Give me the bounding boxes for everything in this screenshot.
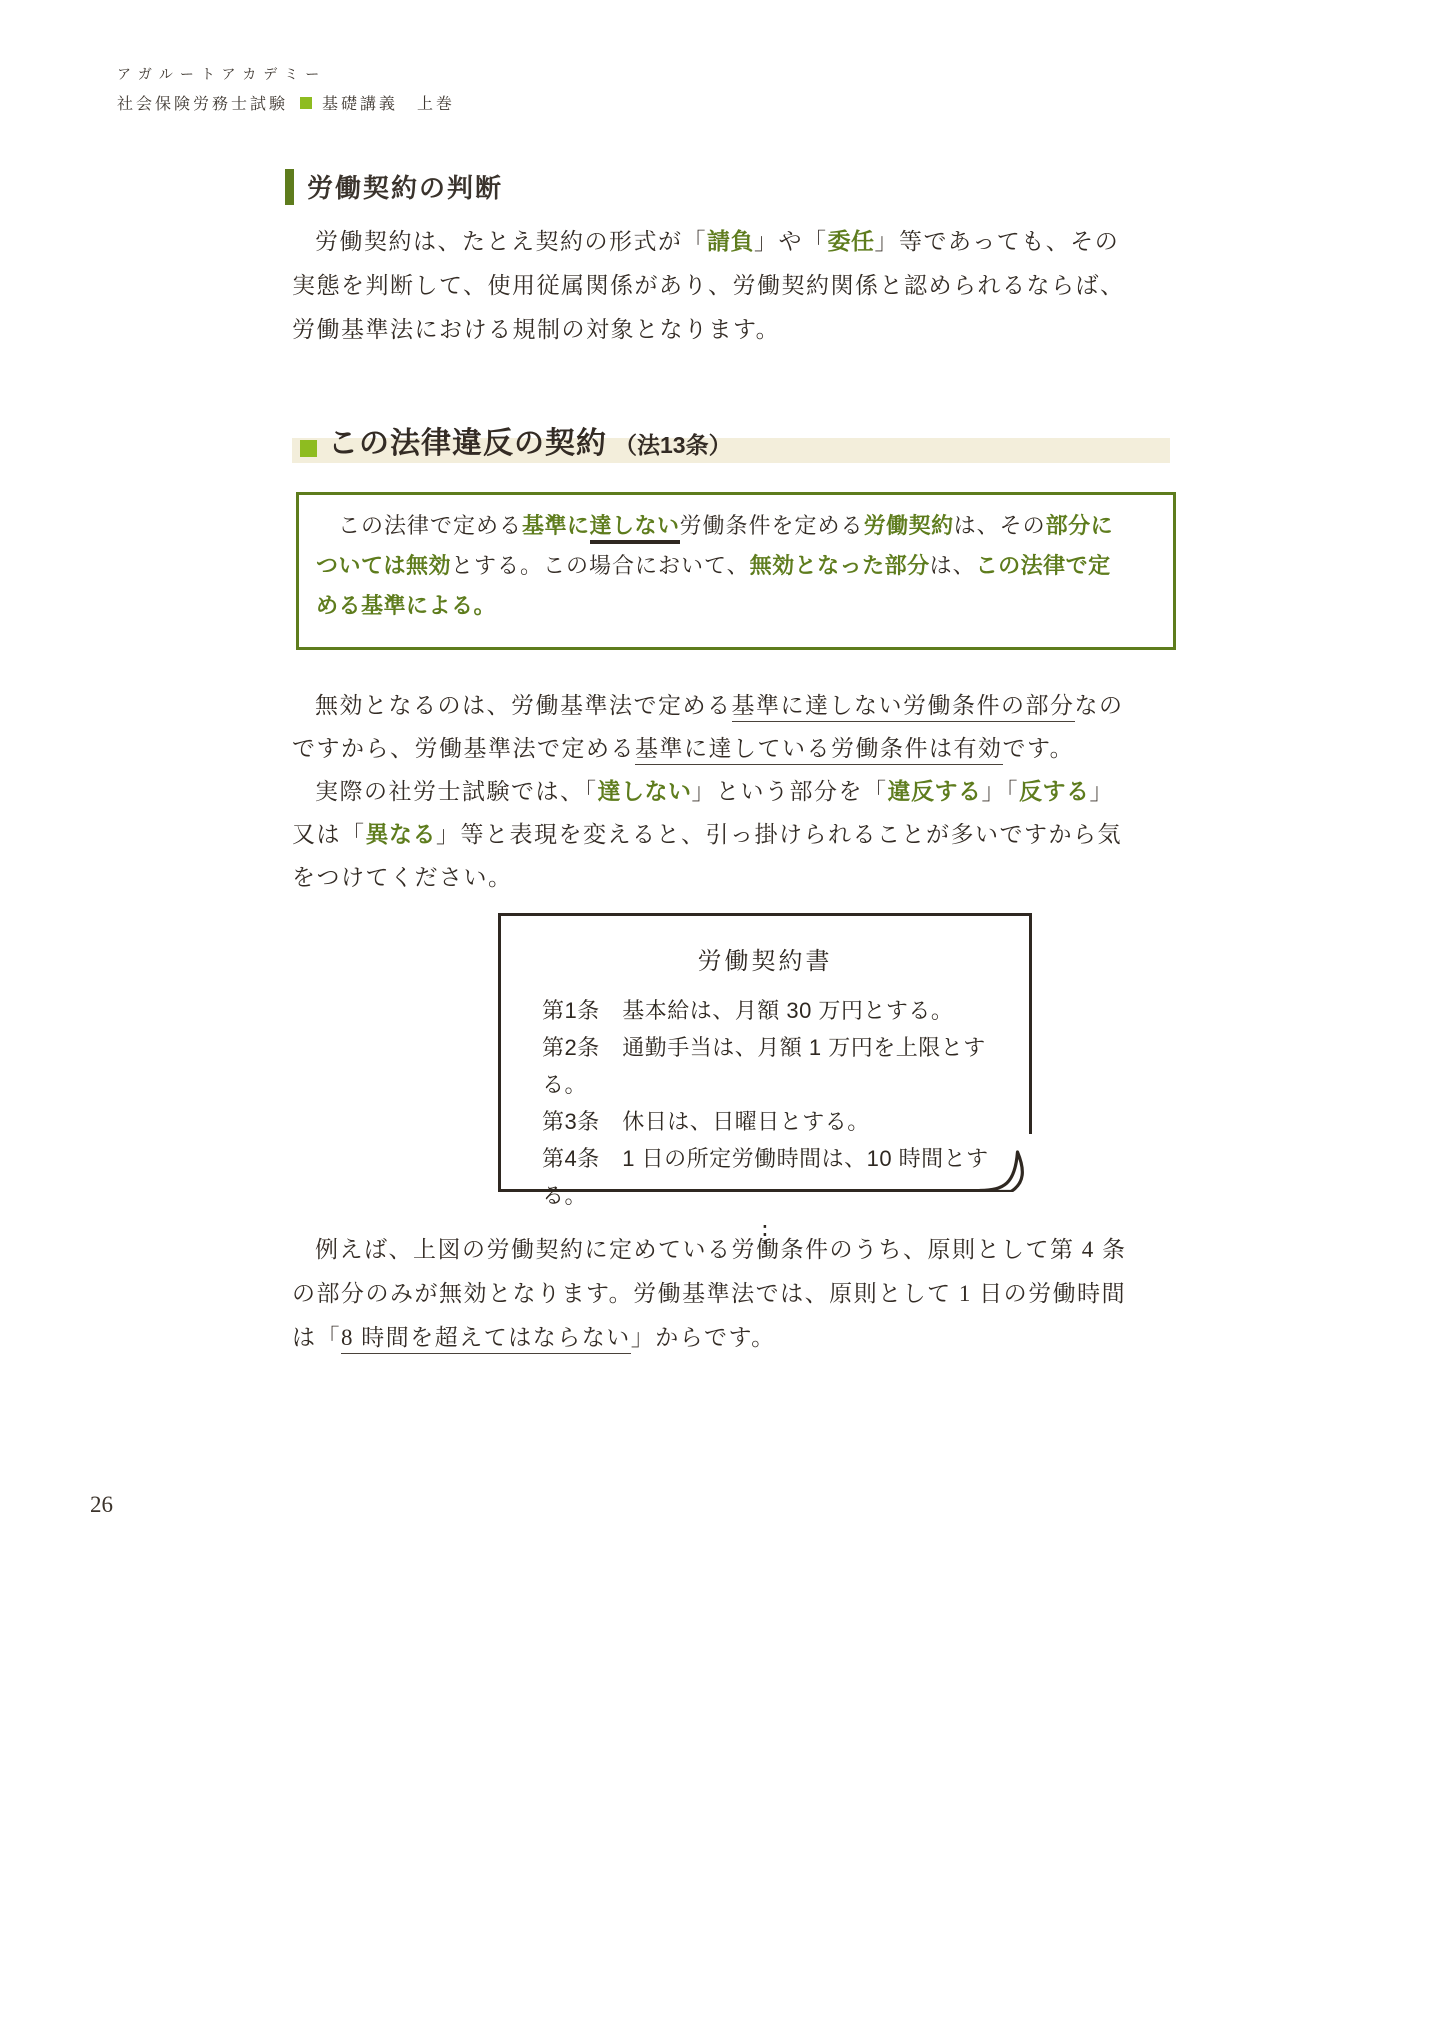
text-run: は「 [292, 1325, 341, 1350]
text-run: 」「 [982, 779, 1020, 804]
emphasis-green-underlined-text: 達しない [590, 513, 680, 544]
section-title: 労働契約の判断 [307, 168, 503, 205]
emphasis-green-text: 異なる [366, 821, 437, 847]
contract-clause: 第2条 通勤手当は、月額 1 万円を上限とする。 [542, 1029, 1029, 1103]
text-line: 例えば、上図の労働契約に定めている労働条件のうち、原則として第 4 条 [292, 1228, 1154, 1272]
green-square-icon [300, 97, 312, 109]
exam-title: 社会保険労務士試験 [117, 91, 288, 114]
emphasis-green-text: この法律で定 [976, 553, 1111, 578]
text-run: です。 [1003, 736, 1075, 761]
text-line: は「8 時間を超えてはならない」からです。 [292, 1316, 1154, 1360]
text-run: 労働契約は、たとえ契約の形式が「 [315, 229, 707, 254]
emphasis-green-text: 違反する [888, 778, 982, 804]
underlined-text: 基準に達している労働条件は有効 [635, 736, 1003, 765]
text-run: 」や「 [754, 229, 828, 254]
emphasis-green-text: 無効となった部分 [750, 553, 930, 578]
emphasis-green-text: 部分に [1046, 513, 1114, 538]
law-quote-box: この法律で定める基準に達しない労働条件を定める労働契約は、その部分については無効… [296, 492, 1176, 650]
text-run: この法律で定める [338, 513, 522, 538]
emphasis-green-text: 反する [1019, 778, 1090, 804]
emphasis-green-text: 基準に [522, 513, 590, 538]
text-run: 例えば、上図の労働契約に定めている労働条件のうち、原則として第 4 条 [315, 1237, 1127, 1262]
underlined-text: 8 時間を超えてはならない [341, 1325, 631, 1354]
text-run: 」という部分を「 [692, 779, 888, 804]
contract-clause: 第3条 休日は、日曜日とする。 [542, 1103, 1029, 1140]
brand-text: アガルートアカデミー [117, 64, 455, 84]
paragraph-contract-judgment: 労働契約は、たとえ契約の形式が「請負」や「委任」等であっても、その実態を判断して… [292, 219, 1154, 352]
text-line: をつけてください。 [292, 856, 1154, 899]
text-run: 実態を判断して、使用従属関係があり、労働契約関係と認められるならば、 [292, 273, 1125, 298]
text-run: 」 [1090, 779, 1115, 804]
section-title-bar-icon [285, 169, 294, 205]
contract-title: 労働契約書 [501, 941, 1029, 976]
page-number: 26 [90, 1492, 113, 1518]
text-line: 労働基準法における規制の対象となります。 [292, 308, 1154, 352]
course-title: 基礎講義 上巻 [322, 91, 455, 114]
contract-clause: 第1条 基本給は、月額 30 万円とする。 [542, 992, 1029, 1029]
text-line: この法律で定める基準に達しない労働条件を定める労働契約は、その部分に [316, 506, 1159, 546]
text-run: は、その [954, 513, 1046, 538]
text-line: 無効となるのは、労働基準法で定める基準に達しない労働条件の部分なの [292, 684, 1154, 727]
page-curl-icon [970, 1134, 1032, 1192]
section-title-block: 労働契約の判断 [285, 168, 503, 205]
textbook-page: アガルートアカデミー 社会保険労務士試験 基礎講義 上巻 労働契約の判断 労働契… [0, 0, 1434, 2024]
text-run: 」等であっても、その [875, 229, 1120, 254]
paragraph-invalid-part: 無効となるのは、労働基準法で定める基準に達しない労働条件の部分なのですから、労働… [292, 684, 1154, 770]
paragraph-example: 例えば、上図の労働契約に定めている労働条件のうち、原則として第 4 条の部分のみ… [292, 1228, 1154, 1360]
section-heading-block: この法律違反の契約 （法13条） [292, 420, 1170, 463]
text-line: める基準による。 [316, 586, 1159, 626]
emphasis-green-text: ついては無効 [316, 553, 451, 578]
text-run: 又は「 [292, 822, 366, 847]
section-heading: この法律違反の契約 [328, 425, 607, 463]
text-line: の部分のみが無効となります。労働基準法では、原則として 1 日の労働時間 [292, 1272, 1154, 1316]
text-run: は、 [930, 553, 976, 578]
emphasis-green-text: 労働契約 [864, 513, 954, 538]
heading-row: この法律違反の契約 （法13条） [300, 425, 732, 463]
contract-clauses: 第1条 基本給は、月額 30 万円とする。第2条 通勤手当は、月額 1 万円を上… [542, 992, 1029, 1214]
text-line: 労働契約は、たとえ契約の形式が「請負」や「委任」等であっても、その [292, 219, 1154, 264]
text-run: をつけてください。 [292, 865, 513, 890]
text-run: 労働基準法における規制の対象となります。 [292, 317, 780, 342]
text-run: の部分のみが無効となります。労働基準法では、原則として 1 日の労働時間 [292, 1281, 1126, 1306]
text-run: とする。この場合において、 [451, 553, 750, 578]
paragraph-exam-tip: 実際の社労士試験では、「達しない」という部分を「違反する」「反する」又は「異なる… [292, 770, 1154, 899]
text-line: 又は「異なる」等と表現を変えると、引っ掛けられることが多いですから気 [292, 813, 1154, 856]
underlined-text: 基準に達しない労働条件の部分 [732, 693, 1075, 722]
emphasis-green-text: 達しない [598, 778, 692, 804]
emphasis-green-text: める基準による。 [316, 593, 496, 618]
text-line: ついては無効とする。この場合において、無効となった部分は、この法律で定 [316, 546, 1159, 586]
text-line: 実際の社労士試験では、「達しない」という部分を「違反する」「反する」 [292, 770, 1154, 813]
text-line: ですから、労働基準法で定める基準に達している労働条件は有効です。 [292, 727, 1154, 770]
text-run: 」等と表現を変えると、引っ掛けられることが多いですから気 [436, 822, 1122, 847]
section-heading-article: （法13条） [614, 428, 732, 463]
header-subtitle: 社会保険労務士試験 基礎講義 上巻 [117, 91, 455, 114]
page-header: アガルートアカデミー 社会保険労務士試験 基礎講義 上巻 [117, 64, 455, 114]
text-run: ですから、労働基準法で定める [292, 736, 635, 761]
text-run: 実際の社労士試験では、「 [315, 779, 598, 804]
text-line: 実態を判断して、使用従属関係があり、労働契約関係と認められるならば、 [292, 264, 1154, 308]
contract-document: 労働契約書 第1条 基本給は、月額 30 万円とする。第2条 通勤手当は、月額 … [498, 913, 1032, 1192]
contract-clause: 第4条 1 日の所定労働時間は、10 時間とする。 [542, 1140, 1029, 1214]
text-run: 」からです。 [631, 1325, 776, 1350]
green-square-icon [300, 440, 317, 457]
text-run: 労働条件を定める [680, 513, 864, 538]
emphasis-green-text: 委任 [828, 228, 875, 254]
text-run: なの [1075, 693, 1124, 718]
emphasis-green-text: 請負 [707, 228, 754, 254]
text-run: 無効となるのは、労働基準法で定める [315, 693, 732, 718]
